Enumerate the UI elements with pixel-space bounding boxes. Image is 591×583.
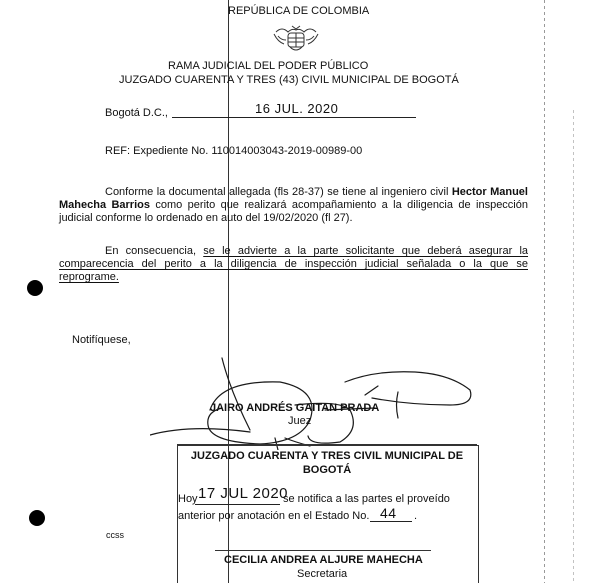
hoy-underline <box>195 504 280 505</box>
stamp-text1: se notifica a las partes el proveído <box>283 493 450 505</box>
estado-number: 44 <box>380 505 397 521</box>
paragraph2-line1: En consecuencia, se le advierte a la par… <box>105 245 528 257</box>
judge-name: JAIRO ANDRÉS GAITAN PRADA <box>210 402 379 414</box>
scan-edge-line-2 <box>573 110 574 583</box>
stamp-court-line2: BOGOTÁ <box>177 464 477 476</box>
expert-name-part1: Hector Manuel <box>452 186 528 198</box>
colombia-coat-of-arms-icon <box>272 24 320 54</box>
drafter-initials: ccss <box>106 530 124 540</box>
paragraph1-line1: Conforme la documental allegada (fls 28-… <box>105 186 528 198</box>
paragraph1-line3: judicial conforme lo ordenado en auto de… <box>59 212 353 224</box>
stamp-text2: anterior por anotación en el Estado No. <box>178 510 369 522</box>
closing-text: Notifíquese, <box>72 334 131 346</box>
punch-hole-icon <box>27 280 43 296</box>
judicial-branch-heading: RAMA JUDICIAL DEL PODER PÚBLICO <box>168 60 368 72</box>
place-label: Bogotá D.C., <box>105 107 168 119</box>
country-heading: REPÚBLICA DE COLOMBIA <box>228 5 369 17</box>
notification-date: 17 JUL 2020 <box>198 485 288 502</box>
handwritten-signature-icon <box>150 350 480 450</box>
secretary-name: CECILIA ANDREA ALJURE MAHECHA <box>224 554 423 566</box>
secretary-signature-line <box>215 550 431 551</box>
court-heading: JUZGADO CUARENTA Y TRES (43) CIVIL MUNIC… <box>119 74 459 86</box>
secretary-title: Secretaria <box>297 568 347 580</box>
date-stamp: 16 JUL. 2020 <box>255 101 338 116</box>
stamp-court-line1: JUZGADO CUARENTA Y TRES CIVIL MUNICIPAL … <box>177 450 477 462</box>
case-reference: REF: Expediente No. 110014003043-2019-00… <box>105 145 362 157</box>
estado-underline <box>370 521 412 522</box>
scan-edge-line <box>544 0 545 583</box>
paragraph2-line3: reprograme. <box>59 271 119 283</box>
judge-title: Juez <box>288 415 311 427</box>
punch-hole-icon <box>29 510 45 526</box>
date-underline <box>172 117 416 118</box>
paragraph2-line2: comparecencia del perito a la diligencia… <box>59 258 528 270</box>
expert-name-part2: Mahecha Barrios <box>59 199 150 211</box>
paragraph1-line2: Mahecha Barrios como perito que realizar… <box>59 199 528 211</box>
period: . <box>414 510 417 522</box>
